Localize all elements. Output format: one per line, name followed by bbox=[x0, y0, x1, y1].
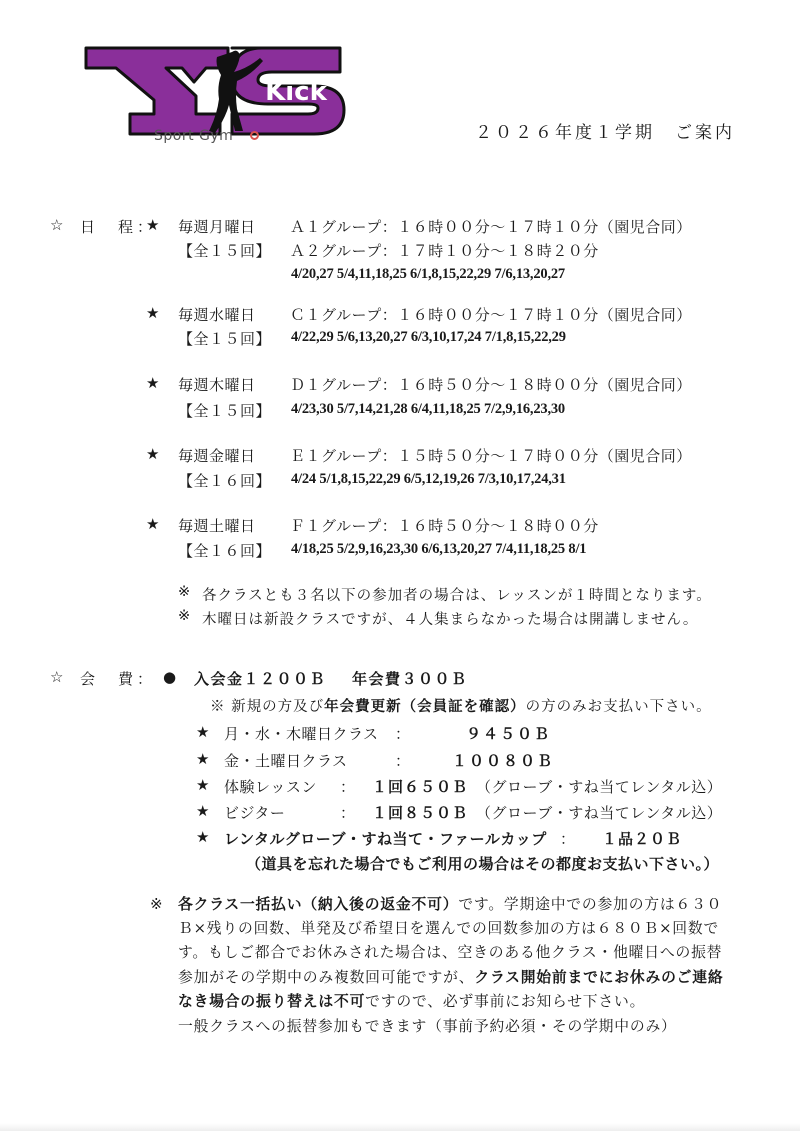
fee-item-sep: ： bbox=[340, 802, 356, 823]
renewal-note-prefix: ※ 新規の方及び bbox=[210, 699, 324, 715]
schedule-section-label: 日 程： bbox=[80, 216, 156, 237]
payment-note-line-2: Ｂ×残りの回数、単発及び希望日を選んでの回数参加の方は６８０Ｂ×回数で bbox=[178, 917, 719, 942]
thursday-count: 【全１５回】 bbox=[178, 400, 271, 421]
fee-item-label: ビジター bbox=[224, 802, 285, 823]
fee-item-label: 金・土曜日クラス bbox=[224, 750, 348, 771]
star-icon: ★ bbox=[196, 750, 209, 768]
fee-item-extra: （グローブ・すね当てレンタル込） bbox=[476, 802, 722, 823]
schedule-section-mark: ☆ bbox=[50, 216, 64, 234]
monday-count: 【全１５回】 bbox=[178, 240, 271, 261]
star-icon: ★ bbox=[196, 723, 209, 741]
payment-note-mark: ※ bbox=[150, 893, 163, 918]
monday-group-a2: Ａ２グループ：１７時１０分～１８時２０分 bbox=[290, 240, 599, 261]
fee-item-sep: ： bbox=[560, 828, 576, 849]
renewal-note-suffix: の方のみお支払い下さい。 bbox=[526, 699, 712, 715]
annual-fee: 年会費３００Ｂ bbox=[352, 668, 468, 689]
fee-item-sep: ： bbox=[340, 776, 356, 797]
friday-dates: 4/24 5/1,8,15,22,29 6/5,12,19,26 7/3,10,… bbox=[291, 471, 566, 488]
entry-fee: 入会金１２００Ｂ bbox=[194, 668, 326, 689]
gym-logo: Kick Sport Gym bbox=[82, 42, 352, 147]
friday-count: 【全１６回】 bbox=[178, 470, 271, 491]
document-title: ２０２６年度１学期 ご案内 bbox=[475, 118, 735, 143]
swirl-icon bbox=[250, 131, 259, 140]
star-icon: ★ bbox=[196, 776, 209, 794]
monday-dates: 4/20,27 5/4,11,18,25 6/1,8,15,22,29 7/6,… bbox=[291, 266, 565, 283]
fee-item-sep: ： bbox=[395, 723, 411, 744]
monday-day: 毎週月曜日 bbox=[178, 216, 256, 237]
fee-item-extra: （グローブ・すね当てレンタル込） bbox=[476, 776, 722, 797]
star-icon: ★ bbox=[196, 828, 209, 846]
fee-item-price: ９４５０Ｂ bbox=[466, 723, 551, 744]
saturday-dates: 4/18,25 5/2,9,16,23,30 6/6,13,20,27 7/4,… bbox=[291, 541, 586, 558]
payment-note-text: です。学期途中での参加の方は６３０ bbox=[458, 896, 722, 913]
payment-note-bold: なき場合の振り替えは不可 bbox=[178, 993, 365, 1010]
fee-item-price: １回８５０Ｂ bbox=[372, 802, 468, 823]
thursday-day: 毎週木曜日 bbox=[178, 374, 256, 395]
star-icon: ★ bbox=[146, 445, 159, 463]
payment-note-bold: クラス開始前までにお休みのご連絡 bbox=[474, 969, 723, 986]
bullet-icon: ● bbox=[163, 668, 176, 686]
page-bottom-edge bbox=[0, 1123, 800, 1131]
star-icon: ★ bbox=[196, 802, 209, 820]
saturday-count: 【全１６回】 bbox=[178, 540, 271, 561]
logo-subtitle: Sport Gym bbox=[154, 128, 233, 144]
star-icon: ★ bbox=[146, 374, 159, 392]
star-icon: ★ bbox=[146, 304, 159, 322]
fees-section-mark: ☆ bbox=[50, 668, 64, 686]
fee-item-price: １品２０Ｂ bbox=[602, 828, 682, 849]
fee-item-price: １回６５０Ｂ bbox=[372, 776, 468, 797]
fee-item-sep: ： bbox=[395, 750, 411, 771]
payment-note-line-4: 参加がその学期中のみ複数回可能ですが、クラス開始前までにお休みのご連絡 bbox=[178, 966, 723, 991]
payment-note-line-5: なき場合の振り替えは不可ですので、必ず事前にお知らせ下さい。 bbox=[178, 990, 645, 1015]
wednesday-day: 毎週水曜日 bbox=[178, 304, 256, 325]
saturday-day: 毎週土曜日 bbox=[178, 515, 256, 536]
equipment-note: （道具を忘れた場合でもご利用の場合はその都度お支払い下さい。） bbox=[246, 853, 719, 874]
payment-note-text: ですので、必ず事前にお知らせ下さい。 bbox=[365, 993, 645, 1010]
payment-note-bold: 各クラス一括払い（納入後の返金不可） bbox=[178, 896, 458, 913]
payment-note-line-3: す。もしご都合でお休みされた場合は、空きのある他クラス・他曜日への振替 bbox=[178, 941, 722, 966]
payment-note-line-1: 各クラス一括払い（納入後の返金不可）です。学期途中での参加の方は６３０ bbox=[178, 893, 722, 918]
star-icon: ★ bbox=[146, 515, 159, 533]
monday-group-a1: Ａ１グループ：１６時００分～１７時１０分（園児合同） bbox=[290, 216, 692, 237]
fee-item-label: 月・水・木曜日クラス bbox=[224, 723, 379, 744]
thursday-dates: 4/23,30 5/7,14,21,28 6/4,11,18,25 7/2,9,… bbox=[291, 401, 565, 418]
thursday-group-d1: Ｄ１グループ：１６時５０分～１８時００分（園児合同） bbox=[290, 374, 692, 395]
payment-note-text: 参加がその学期中のみ複数回可能ですが、 bbox=[178, 969, 474, 986]
schedule-note-small-class: 各クラスとも３名以下の参加者の場合は、レッスンが１時間となります。 bbox=[202, 584, 712, 605]
friday-group-e1: Ｅ１グループ：１５時５０分～１７時００分（園児合同） bbox=[290, 445, 692, 466]
schedule-note-thursday: 木曜日は新設クラスですが、４人集まらなかった場合は開講しません。 bbox=[202, 608, 698, 629]
note-mark: ※ bbox=[178, 584, 191, 600]
wednesday-count: 【全１５回】 bbox=[178, 328, 271, 349]
svg-text:Kick: Kick bbox=[265, 77, 327, 107]
wednesday-dates: 4/22,29 5/6,13,20,27 6/3,10,17,24 7/1,8,… bbox=[291, 329, 566, 346]
payment-note-line-6: 一般クラスへの振替参加もできます（事前予約必須・その学期中のみ） bbox=[178, 1015, 677, 1040]
wednesday-group-c1: Ｃ１グループ：１６時００分～１７時１０分（園児合同） bbox=[290, 304, 692, 325]
note-mark: ※ bbox=[178, 608, 191, 624]
renewal-note-bold: 年会費更新（会員証を確認） bbox=[324, 698, 526, 715]
fees-section-label: 会 費： bbox=[80, 668, 156, 689]
friday-day: 毎週金曜日 bbox=[178, 445, 256, 466]
renewal-note: ※ 新規の方及び年会費更新（会員証を確認）の方のみお支払い下さい。 bbox=[210, 695, 712, 716]
fee-item-price: １００８０Ｂ bbox=[452, 750, 554, 771]
saturday-group-f1: Ｆ１グループ：１６時５０分～１８時００分 bbox=[290, 515, 599, 536]
fee-item-label: レンタルグローブ・すね当て・ファールカップ bbox=[224, 828, 547, 849]
fee-item-label: 体験レッスン bbox=[224, 776, 317, 797]
star-icon: ★ bbox=[146, 216, 159, 234]
